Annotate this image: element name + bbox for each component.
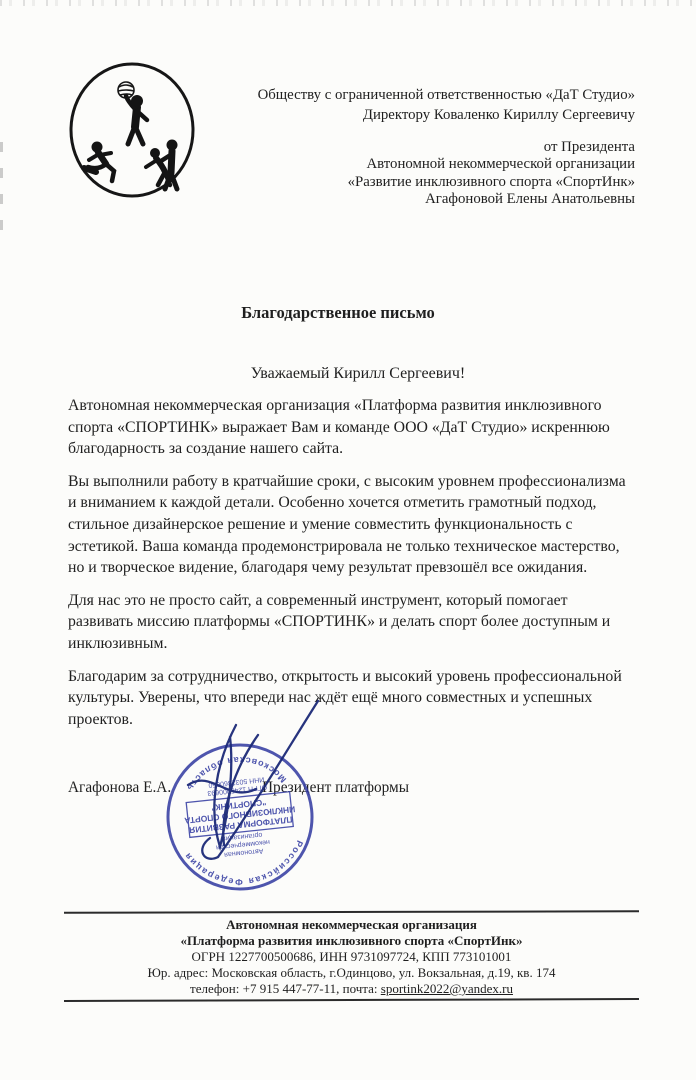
sender-line: Автономной некоммерческой организации: [348, 156, 635, 173]
greeting-line: Уважаемый Кирилл Сергеевич!: [68, 365, 648, 383]
sender-block: от Президента Автономной некоммерческой …: [348, 139, 635, 209]
footer-block: Автономная некоммерческая организация «П…: [64, 917, 639, 997]
handwritten-signature: [170, 697, 340, 877]
inclusive-sport-logo-icon: [66, 60, 198, 205]
letter-title: Благодарственное письмо: [48, 303, 628, 323]
paragraph: Автономная некоммерческая организация «П…: [68, 395, 635, 460]
paragraph: Для нас это не просто сайт, а современны…: [68, 590, 635, 655]
paragraph: Вы выполнили работу в кратчайшие сроки, …: [68, 471, 635, 579]
footer-divider-top: [64, 910, 639, 914]
footer-contact-line: телефон: +7 915 447-77-11, почта: sporti…: [64, 981, 639, 997]
recipient-block: Обществу с ограниченной ответственностью…: [258, 85, 635, 125]
scan-artifact: [0, 142, 3, 234]
footer-address-line: Юр. адрес: Московская область, г.Одинцов…: [64, 965, 639, 981]
letter-body: Автономная некоммерческая организация «П…: [68, 395, 635, 741]
recipient-line: Обществу с ограниченной ответственностью…: [258, 85, 635, 105]
footer-contact-label: телефон: +7 915 447-77-11, почта:: [190, 981, 381, 996]
assisting-pair-icon: [146, 140, 178, 190]
recipient-line: Директору Коваленко Кириллу Сергеевичу: [258, 105, 635, 125]
footer-email-link: sportink2022@yandex.ru: [381, 981, 513, 996]
footer-org-line: Автономная некоммерческая организация: [64, 917, 639, 933]
footer-divider-bottom: [64, 998, 639, 1002]
sender-line: Агафоновой Елены Анатольевны: [348, 191, 635, 208]
paragraph: Благодарим за сотрудничество, открытость…: [68, 666, 635, 731]
scanned-letter-page: Обществу с ограниченной ответственностью…: [0, 0, 696, 1080]
scan-noise: [0, 0, 696, 6]
signatory-name: Агафонова Е.А.: [68, 779, 171, 797]
player-figure-icon: [126, 95, 147, 144]
sender-line: от Президента: [348, 139, 635, 156]
footer-org-line: «Платформа развития инклюзивного спорта …: [64, 933, 639, 949]
sender-line: «Развитие инклюзивного спорта «СпортИнк»: [348, 174, 635, 191]
footer-registration-line: ОГРН 1227700500686, ИНН 9731097724, КПП …: [64, 949, 639, 965]
